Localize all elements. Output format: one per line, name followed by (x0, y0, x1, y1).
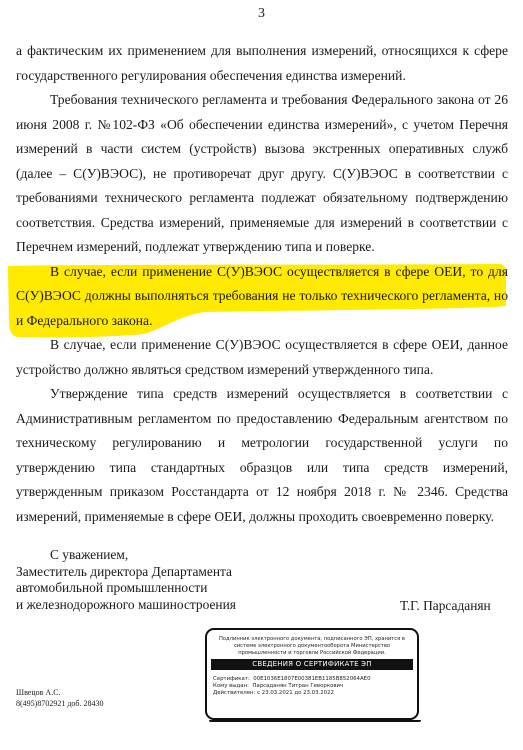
issued-to-label: Кому выдан: (213, 683, 249, 690)
validity-row: Действителен: с 23.03.2021 до 23.03.2022 (213, 690, 417, 697)
paragraph-5: Утверждение типа средств измерений осуще… (16, 382, 508, 529)
closing-block: С уважением, Заместитель директора Депар… (16, 547, 236, 613)
paragraph-4: В случае, если применение С(У)ВЭОС осуще… (16, 333, 508, 382)
paragraph-3: В случае, если применение С(У)ВЭОС осуще… (16, 260, 508, 334)
greeting: С уважением, (16, 547, 236, 564)
signature-notice: Подлинник электронного документа, подпис… (207, 630, 417, 657)
certificate-row: Сертификат: 00E1036E1807E00381EB1185B852… (213, 676, 417, 683)
issued-to-value: Парсаданян Титран Геворкович (252, 683, 343, 689)
paragraph-1: а фактическим их применением для выполне… (16, 39, 508, 88)
signer-name: Т.Г. Парсаданян (400, 598, 491, 614)
signer-position-line-2: автомобильной промышленности (16, 580, 236, 597)
signer-position-line-1: Заместитель директора Департамента (16, 564, 236, 581)
signer-position-line-3: и железнодорожного машиностроения (16, 597, 236, 614)
issued-to-row: Кому выдан: Парсаданян Титран Геворкович (213, 683, 417, 690)
executor-name: Швецов А.С. (16, 688, 103, 699)
executor-info: Швецов А.С. 8(495)8702921 доб. 28430 (16, 688, 103, 709)
validity-value: с 23.03.2021 до 23.03.2022 (257, 690, 334, 696)
page-number: 3 (0, 6, 523, 22)
validity-label: Действителен: (213, 690, 255, 697)
certificate-value: 00E1036E1807E00381EB1185B852064AE0 (253, 676, 370, 682)
certificate-details: Сертификат: 00E1036E1807E00381EB1185B852… (207, 670, 417, 697)
electronic-signature-stamp: Подлинник электронного документа, подпис… (205, 628, 419, 720)
paragraph-2: Требования технического регламента и тре… (16, 88, 508, 260)
certificate-label: Сертификат: (213, 676, 250, 683)
executor-phone: 8(495)8702921 доб. 28430 (16, 699, 103, 710)
highlighted-passage: В случае, если применение С(У)ВЭОС осуще… (16, 260, 508, 334)
certificate-header: СВЕДЕНИЯ О СЕРТИФИКАТЕ ЭП (211, 659, 413, 670)
letter-body: а фактическим их применением для выполне… (16, 39, 508, 529)
